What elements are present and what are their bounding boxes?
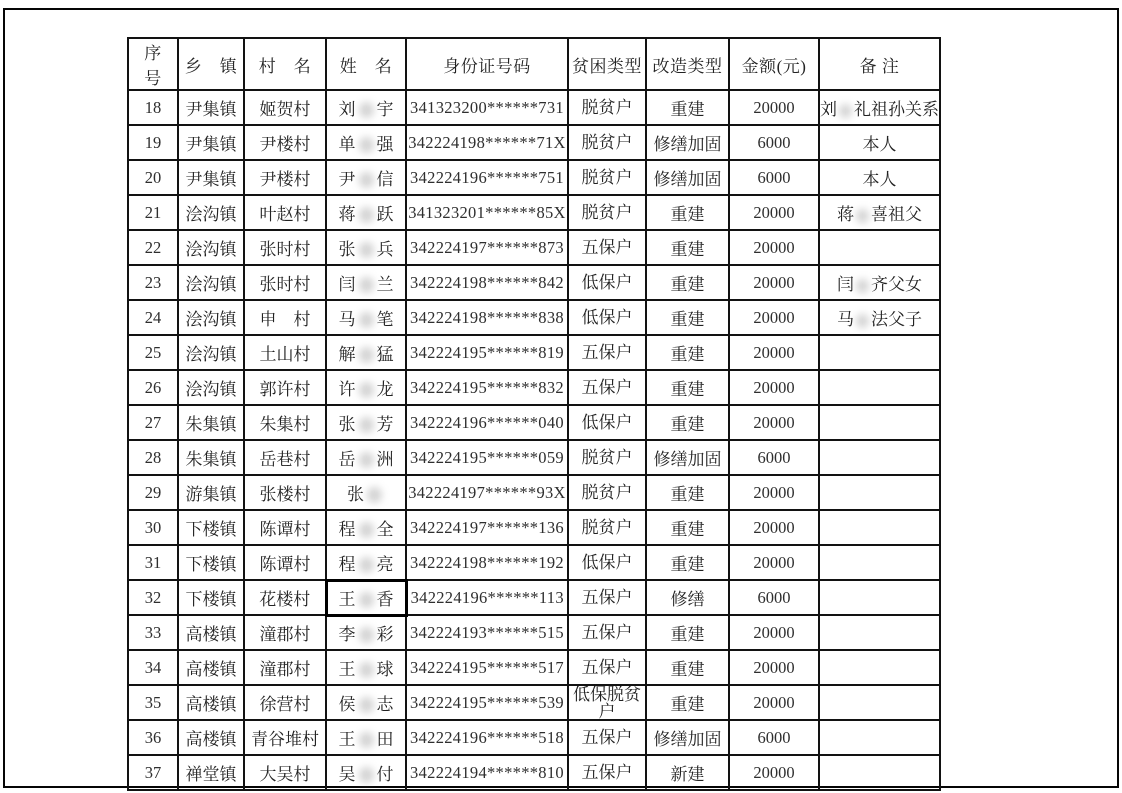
cell-renovation: 修缮 <box>646 580 729 615</box>
cell-id: 342224196******518 <box>406 720 568 755</box>
amount-text: 20000 <box>753 273 794 292</box>
cell-amount: 20000 <box>729 265 819 300</box>
cell-village: 张楼村 <box>244 475 326 510</box>
cell-remark <box>819 440 940 475</box>
town-text: 禅堂镇 <box>186 765 237 784</box>
remark-text: 本人 <box>863 135 897 154</box>
no-text: 33 <box>145 623 162 642</box>
cell-id: 342224196******113 <box>406 580 568 615</box>
no-text: 22 <box>145 238 162 257</box>
amount-text: 20000 <box>753 658 794 677</box>
redacted-character <box>359 382 374 398</box>
cell-poverty: 低保户 <box>568 545 646 580</box>
cell-town: 高楼镇 <box>178 720 244 755</box>
village-text: 姬贺村 <box>260 100 311 119</box>
cell-remark: 马法父子 <box>819 300 940 335</box>
redacted-character <box>856 279 869 293</box>
renovation-text: 重建 <box>671 695 705 714</box>
cell-renovation: 重建 <box>646 230 729 265</box>
name-given: 强 <box>377 135 394 154</box>
name-given: 龙 <box>377 380 394 399</box>
amount-text: 20000 <box>753 623 794 642</box>
table-row: 29游集镇张楼村张342224197******93X脱贫户重建20000 <box>128 475 940 510</box>
town-text: 尹集镇 <box>186 170 237 189</box>
poverty-type-text: 低保脱贫户 <box>569 686 645 719</box>
amount-text: 20000 <box>753 378 794 397</box>
cell-amount: 6000 <box>729 440 819 475</box>
redacted-character <box>856 209 869 223</box>
amount-text: 20000 <box>753 343 794 362</box>
name-given: 彩 <box>377 625 394 644</box>
cell-remark: 刘礼祖孙关系 <box>819 90 940 125</box>
name-given: 猛 <box>377 345 394 364</box>
redacted-character <box>359 277 374 293</box>
cell-town: 下楼镇 <box>178 510 244 545</box>
table-row: 31下楼镇陈谭村程亮342224198******192低保户重建20000 <box>128 545 940 580</box>
renovation-text: 重建 <box>671 520 705 539</box>
cell-renovation: 重建 <box>646 545 729 580</box>
poverty-type-text: 五保户 <box>569 336 645 369</box>
cell-village: 张时村 <box>244 230 326 265</box>
cell-village: 潼郡村 <box>244 650 326 685</box>
name-given: 跃 <box>377 205 394 224</box>
cell-poverty: 脱贫户 <box>568 475 646 510</box>
cell-name: 单强 <box>326 125 406 160</box>
cell-name: 李彩 <box>326 615 406 650</box>
village-text: 潼郡村 <box>260 625 311 644</box>
redacted-character <box>359 172 374 188</box>
redacted-character <box>359 207 374 223</box>
amount-text: 20000 <box>753 483 794 502</box>
name-surname: 程 <box>339 520 356 539</box>
cell-village: 申 村 <box>244 300 326 335</box>
poverty-type-text: 五保户 <box>569 581 645 614</box>
cell-town: 浍沟镇 <box>178 300 244 335</box>
id-text: 342224198******842 <box>410 273 564 292</box>
cell-village: 尹楼村 <box>244 125 326 160</box>
cell-village: 徐营村 <box>244 685 326 720</box>
renovation-text: 重建 <box>671 205 705 224</box>
poverty-type-text: 脱贫户 <box>569 476 645 509</box>
poverty-type-text: 低保户 <box>569 546 645 579</box>
poverty-type-text: 五保户 <box>569 231 645 264</box>
column-header-town: 乡 镇 <box>178 38 244 90</box>
cell-no: 23 <box>128 265 178 300</box>
redacted-character <box>359 662 374 678</box>
table-row: 28朱集镇岳巷村岳洲342224195******059脱贫户修缮加固6000 <box>128 440 940 475</box>
cell-id: 342224195******517 <box>406 650 568 685</box>
village-text: 大吴村 <box>260 765 311 784</box>
no-text: 28 <box>145 448 162 467</box>
name-given: 田 <box>377 730 394 749</box>
id-text: 342224196******751 <box>410 168 564 187</box>
no-text: 18 <box>145 98 162 117</box>
id-text: 342224195******819 <box>410 343 564 362</box>
cell-renovation: 重建 <box>646 650 729 685</box>
cell-renovation: 重建 <box>646 90 729 125</box>
cell-town: 尹集镇 <box>178 125 244 160</box>
cell-no: 31 <box>128 545 178 580</box>
cell-poverty: 五保户 <box>568 230 646 265</box>
table-row: 35高楼镇徐营村侯志342224195******539低保脱贫户重建20000 <box>128 685 940 720</box>
id-text: 342224194******810 <box>410 763 564 782</box>
cell-remark <box>819 475 940 510</box>
cell-name: 岳洲 <box>326 440 406 475</box>
name-surname: 许 <box>339 380 356 399</box>
cell-amount: 6000 <box>729 160 819 195</box>
cell-poverty: 脱贫户 <box>568 160 646 195</box>
name-surname: 张 <box>339 240 356 259</box>
column-header-id: 身份证号码 <box>406 38 568 90</box>
cell-amount: 20000 <box>729 90 819 125</box>
name-given: 亮 <box>377 555 394 574</box>
cell-village: 岳巷村 <box>244 440 326 475</box>
no-text: 35 <box>145 693 162 712</box>
amount-text: 20000 <box>753 763 794 782</box>
cell-poverty: 低保户 <box>568 405 646 440</box>
cell-no: 32 <box>128 580 178 615</box>
cell-no: 20 <box>128 160 178 195</box>
village-text: 郭许村 <box>260 380 311 399</box>
town-text: 浍沟镇 <box>186 205 237 224</box>
name-surname: 尹 <box>339 170 356 189</box>
table-body: 18尹集镇姬贺村刘宇341323200******731脱贫户重建20000刘礼… <box>128 90 940 790</box>
cell-town: 浍沟镇 <box>178 265 244 300</box>
redacted-character <box>367 487 382 503</box>
cell-poverty: 五保户 <box>568 615 646 650</box>
cell-town: 禅堂镇 <box>178 755 244 790</box>
cell-no: 19 <box>128 125 178 160</box>
town-text: 尹集镇 <box>186 135 237 154</box>
name-given: 香 <box>377 590 394 609</box>
cell-amount: 6000 <box>729 720 819 755</box>
cell-town: 游集镇 <box>178 475 244 510</box>
name-given: 志 <box>377 695 394 714</box>
cell-amount: 20000 <box>729 685 819 720</box>
amount-text: 20000 <box>753 693 794 712</box>
id-text: 342224196******113 <box>411 588 564 607</box>
cell-remark <box>819 650 940 685</box>
no-text: 23 <box>145 273 162 292</box>
village-text: 岳巷村 <box>260 450 311 469</box>
amount-text: 6000 <box>758 448 791 467</box>
cell-town: 尹集镇 <box>178 160 244 195</box>
cell-id: 342224195******819 <box>406 335 568 370</box>
cell-id: 342224196******751 <box>406 160 568 195</box>
poverty-type-text: 脱贫户 <box>569 161 645 194</box>
town-text: 高楼镇 <box>186 695 237 714</box>
name-surname: 解 <box>339 345 356 364</box>
table-header: 序 号乡 镇村 名姓 名身份证号码贫困类型改造类型金额(元)备 注 <box>128 38 940 90</box>
cell-town: 下楼镇 <box>178 580 244 615</box>
cell-poverty: 低保脱贫户 <box>568 685 646 720</box>
cell-town: 浍沟镇 <box>178 335 244 370</box>
redacted-character <box>359 102 374 118</box>
id-text: 342224195******517 <box>410 658 564 677</box>
cell-renovation: 修缮加固 <box>646 125 729 160</box>
cell-village: 郭许村 <box>244 370 326 405</box>
cell-town: 朱集镇 <box>178 440 244 475</box>
id-text: 342224198******71X <box>408 133 566 152</box>
cell-no: 35 <box>128 685 178 720</box>
cell-village: 大吴村 <box>244 755 326 790</box>
cell-town: 高楼镇 <box>178 615 244 650</box>
cell-name: 吴付 <box>326 755 406 790</box>
no-text: 27 <box>145 413 162 432</box>
id-text: 342224195******539 <box>410 693 564 712</box>
cell-remark: 本人 <box>819 125 940 160</box>
cell-no: 30 <box>128 510 178 545</box>
redacted-character <box>359 627 374 643</box>
renovation-text: 重建 <box>671 485 705 504</box>
column-header-no: 序 号 <box>128 38 178 90</box>
village-text: 潼郡村 <box>260 660 311 679</box>
amount-text: 20000 <box>753 203 794 222</box>
cell-poverty: 五保户 <box>568 580 646 615</box>
town-text: 高楼镇 <box>186 730 237 749</box>
no-text: 32 <box>145 588 162 607</box>
cell-renovation: 修缮加固 <box>646 440 729 475</box>
amount-text: 6000 <box>758 168 791 187</box>
cell-remark <box>819 720 940 755</box>
cell-town: 浍沟镇 <box>178 370 244 405</box>
village-text: 申 村 <box>260 310 311 329</box>
name-given: 球 <box>377 660 394 679</box>
table-header-row: 序 号乡 镇村 名姓 名身份证号码贫困类型改造类型金额(元)备 注 <box>128 38 940 90</box>
cell-name: 闫兰 <box>326 265 406 300</box>
renovation-text: 重建 <box>671 625 705 644</box>
cell-poverty: 五保户 <box>568 370 646 405</box>
cell-id: 342224196******040 <box>406 405 568 440</box>
column-header-renovation: 改造类型 <box>646 38 729 90</box>
table-row: 34高楼镇潼郡村王球342224195******517五保户重建20000 <box>128 650 940 685</box>
village-text: 陈谭村 <box>260 520 311 539</box>
cell-no: 29 <box>128 475 178 510</box>
id-text: 342224195******059 <box>410 448 564 467</box>
cell-name: 张兵 <box>326 230 406 265</box>
cell-remark <box>819 615 940 650</box>
name-surname: 蒋 <box>339 205 356 224</box>
cell-amount: 20000 <box>729 650 819 685</box>
column-header-village: 村 名 <box>244 38 326 90</box>
town-text: 游集镇 <box>186 485 237 504</box>
cell-name: 张芳 <box>326 405 406 440</box>
cell-poverty: 脱贫户 <box>568 510 646 545</box>
cell-village: 尹楼村 <box>244 160 326 195</box>
cell-poverty: 五保户 <box>568 650 646 685</box>
cell-renovation: 重建 <box>646 370 729 405</box>
cell-id: 342224198******838 <box>406 300 568 335</box>
renovation-text: 重建 <box>671 555 705 574</box>
name-surname: 侯 <box>339 695 356 714</box>
cell-name: 侯志 <box>326 685 406 720</box>
id-text: 342224196******040 <box>410 413 564 432</box>
poverty-type-text: 五保户 <box>569 616 645 649</box>
village-text: 徐营村 <box>260 695 311 714</box>
town-text: 尹集镇 <box>186 100 237 119</box>
cell-poverty: 脱贫户 <box>568 90 646 125</box>
village-text: 陈谭村 <box>260 555 311 574</box>
cell-name-selected: 王香 <box>326 580 406 615</box>
cell-name: 张 <box>326 475 406 510</box>
id-text: 342224198******192 <box>410 553 564 572</box>
cell-amount: 20000 <box>729 755 819 790</box>
cell-renovation: 重建 <box>646 510 729 545</box>
name-given: 宇 <box>377 100 394 119</box>
poverty-type-text: 低保户 <box>569 266 645 299</box>
cell-no: 27 <box>128 405 178 440</box>
renovation-text: 修缮加固 <box>654 450 722 469</box>
cell-renovation: 重建 <box>646 685 729 720</box>
no-text: 24 <box>145 308 162 327</box>
cell-name: 王田 <box>326 720 406 755</box>
amount-text: 6000 <box>758 588 791 607</box>
town-text: 下楼镇 <box>186 555 237 574</box>
cell-amount: 20000 <box>729 475 819 510</box>
cell-id: 341323200******731 <box>406 90 568 125</box>
remark-surname: 闫 <box>837 275 854 294</box>
cell-amount: 20000 <box>729 335 819 370</box>
redacted-character <box>359 592 374 608</box>
name-surname: 刘 <box>339 100 356 119</box>
cell-poverty: 低保户 <box>568 265 646 300</box>
renovation-text: 新建 <box>671 765 705 784</box>
cell-renovation: 修缮加固 <box>646 720 729 755</box>
table-row: 18尹集镇姬贺村刘宇341323200******731脱贫户重建20000刘礼… <box>128 90 940 125</box>
cell-town: 尹集镇 <box>178 90 244 125</box>
village-text: 张时村 <box>260 275 311 294</box>
column-header-remark: 备 注 <box>819 38 940 90</box>
no-text: 30 <box>145 518 162 537</box>
remark-surname: 马 <box>837 310 854 329</box>
no-text: 25 <box>145 343 162 362</box>
town-text: 浍沟镇 <box>186 310 237 329</box>
redacted-character <box>839 104 852 118</box>
no-text: 36 <box>145 728 162 747</box>
table-row: 26浍沟镇郭许村许龙342224195******832五保户重建20000 <box>128 370 940 405</box>
cell-name: 程亮 <box>326 545 406 580</box>
cell-remark: 闫齐父女 <box>819 265 940 300</box>
town-text: 下楼镇 <box>186 520 237 539</box>
name-given: 洲 <box>377 450 394 469</box>
table-row: 22浍沟镇张时村张兵342224197******873五保户重建20000 <box>128 230 940 265</box>
table-row: 19尹集镇尹楼村单强342224198******71X脱贫户修缮加固6000本… <box>128 125 940 160</box>
cell-renovation: 重建 <box>646 195 729 230</box>
town-text: 浍沟镇 <box>186 275 237 294</box>
village-text: 朱集村 <box>260 415 311 434</box>
cell-id: 342224197******93X <box>406 475 568 510</box>
cell-id: 342224195******059 <box>406 440 568 475</box>
cell-id: 342224198******71X <box>406 125 568 160</box>
poverty-type-text: 脱贫户 <box>569 441 645 474</box>
cell-no: 25 <box>128 335 178 370</box>
cell-village: 张时村 <box>244 265 326 300</box>
renovation-text: 重建 <box>671 240 705 259</box>
cell-amount: 20000 <box>729 195 819 230</box>
amount-text: 6000 <box>758 133 791 152</box>
village-text: 张楼村 <box>260 485 311 504</box>
cell-name: 刘宇 <box>326 90 406 125</box>
poverty-type-text: 五保户 <box>569 756 645 789</box>
cell-amount: 20000 <box>729 615 819 650</box>
name-surname: 岳 <box>339 450 356 469</box>
poverty-type-text: 脱贫户 <box>569 126 645 159</box>
town-text: 浍沟镇 <box>186 380 237 399</box>
renovation-text: 修缮加固 <box>654 170 722 189</box>
cell-no: 34 <box>128 650 178 685</box>
amount-text: 20000 <box>753 98 794 117</box>
renovation-text: 重建 <box>671 415 705 434</box>
cell-id: 342224194******810 <box>406 755 568 790</box>
id-text: 342224195******832 <box>410 378 564 397</box>
remark-relation: 礼祖孙关系 <box>854 100 939 119</box>
name-given: 兰 <box>377 275 394 294</box>
town-text: 浍沟镇 <box>186 240 237 259</box>
cell-amount: 20000 <box>729 405 819 440</box>
cell-town: 高楼镇 <box>178 685 244 720</box>
cell-remark <box>819 405 940 440</box>
table-row: 21浍沟镇叶赵村蒋跃341323201******85X脱贫户重建20000蒋喜… <box>128 195 940 230</box>
no-text: 20 <box>145 168 162 187</box>
cell-village: 陈谭村 <box>244 545 326 580</box>
cell-village: 朱集村 <box>244 405 326 440</box>
cell-renovation: 重建 <box>646 300 729 335</box>
cell-remark <box>819 335 940 370</box>
redacted-character <box>359 522 374 538</box>
redacted-character <box>359 242 374 258</box>
poverty-type-text: 五保户 <box>569 371 645 404</box>
cell-remark <box>819 510 940 545</box>
name-given: 信 <box>377 170 394 189</box>
id-text: 342224197******873 <box>410 238 564 257</box>
cell-remark <box>819 370 940 405</box>
cell-name: 蒋跃 <box>326 195 406 230</box>
renovation-text: 修缮加固 <box>654 135 722 154</box>
column-header-name: 姓 名 <box>326 38 406 90</box>
poverty-type-text: 脱贫户 <box>569 511 645 544</box>
id-text: 342224196******518 <box>410 728 564 747</box>
name-surname: 吴 <box>339 765 356 784</box>
cell-remark <box>819 230 940 265</box>
remark-text: 本人 <box>863 170 897 189</box>
redacted-character <box>359 347 374 363</box>
table-row: 20尹集镇尹楼村尹信342224196******751脱贫户修缮加固6000本… <box>128 160 940 195</box>
table-row: 27朱集镇朱集村张芳342224196******040低保户重建20000 <box>128 405 940 440</box>
cell-remark: 本人 <box>819 160 940 195</box>
no-text: 31 <box>145 553 162 572</box>
remark-relation: 法父子 <box>871 310 922 329</box>
amount-text: 6000 <box>758 728 791 747</box>
redacted-character <box>359 767 374 783</box>
renovation-text: 重建 <box>671 345 705 364</box>
renovation-text: 重建 <box>671 310 705 329</box>
town-text: 朱集镇 <box>186 415 237 434</box>
amount-text: 20000 <box>753 553 794 572</box>
cell-renovation: 重建 <box>646 335 729 370</box>
remark-relation: 齐父女 <box>871 275 922 294</box>
cell-amount: 6000 <box>729 580 819 615</box>
table-row: 32下楼镇花楼村王香342224196******113五保户修缮6000 <box>128 580 940 615</box>
amount-text: 20000 <box>753 413 794 432</box>
cell-no: 37 <box>128 755 178 790</box>
redacted-character <box>359 137 374 153</box>
name-surname: 张 <box>347 485 364 504</box>
cell-renovation: 修缮加固 <box>646 160 729 195</box>
redacted-character <box>856 314 869 328</box>
id-text: 342224197******136 <box>410 518 564 537</box>
cell-poverty: 五保户 <box>568 755 646 790</box>
poverty-type-text: 脱贫户 <box>569 91 645 124</box>
